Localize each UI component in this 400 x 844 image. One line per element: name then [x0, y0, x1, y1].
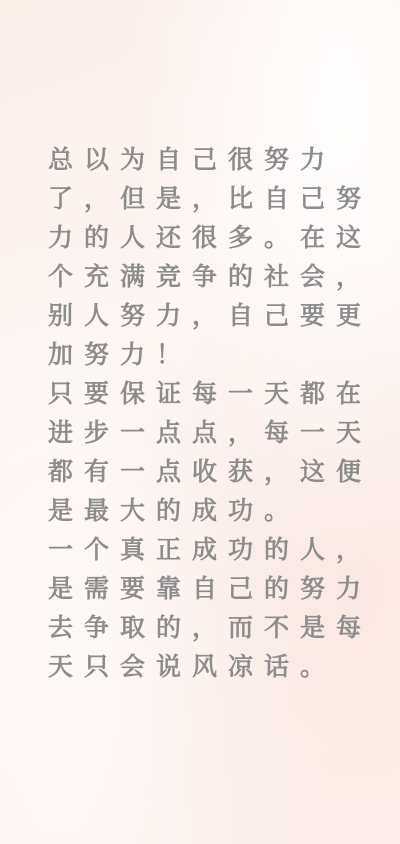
- quote-line: 是最大的成功。: [48, 491, 368, 530]
- quote-line: 一个真正成功的人，: [48, 530, 368, 569]
- quote-line: 力的人还很多。在这: [48, 218, 368, 257]
- motivational-quote: 总以为自己很努力 了，但是，比自己努 力的人还很多。在这 个充满竞争的社会， 别…: [48, 140, 368, 686]
- quote-line: 个充满竞争的社会，: [48, 257, 368, 296]
- quote-line: 了，但是，比自己努: [48, 179, 368, 218]
- quote-line: 加努力！: [48, 335, 368, 374]
- quote-line: 都有一点收获，这便: [48, 452, 368, 491]
- quote-line: 去争取的，而不是每: [48, 608, 368, 647]
- quote-line: 别人努力，自己要更: [48, 296, 368, 335]
- quote-line: 天只会说风凉话。: [48, 647, 368, 686]
- quote-line: 进步一点点，每一天: [48, 413, 368, 452]
- quote-line: 只要保证每一天都在: [48, 374, 368, 413]
- quote-line: 是需要靠自己的努力: [48, 569, 368, 608]
- quote-line: 总以为自己很努力: [48, 140, 368, 179]
- quote-wallpaper: 总以为自己很努力 了，但是，比自己努 力的人还很多。在这 个充满竞争的社会， 别…: [0, 0, 400, 844]
